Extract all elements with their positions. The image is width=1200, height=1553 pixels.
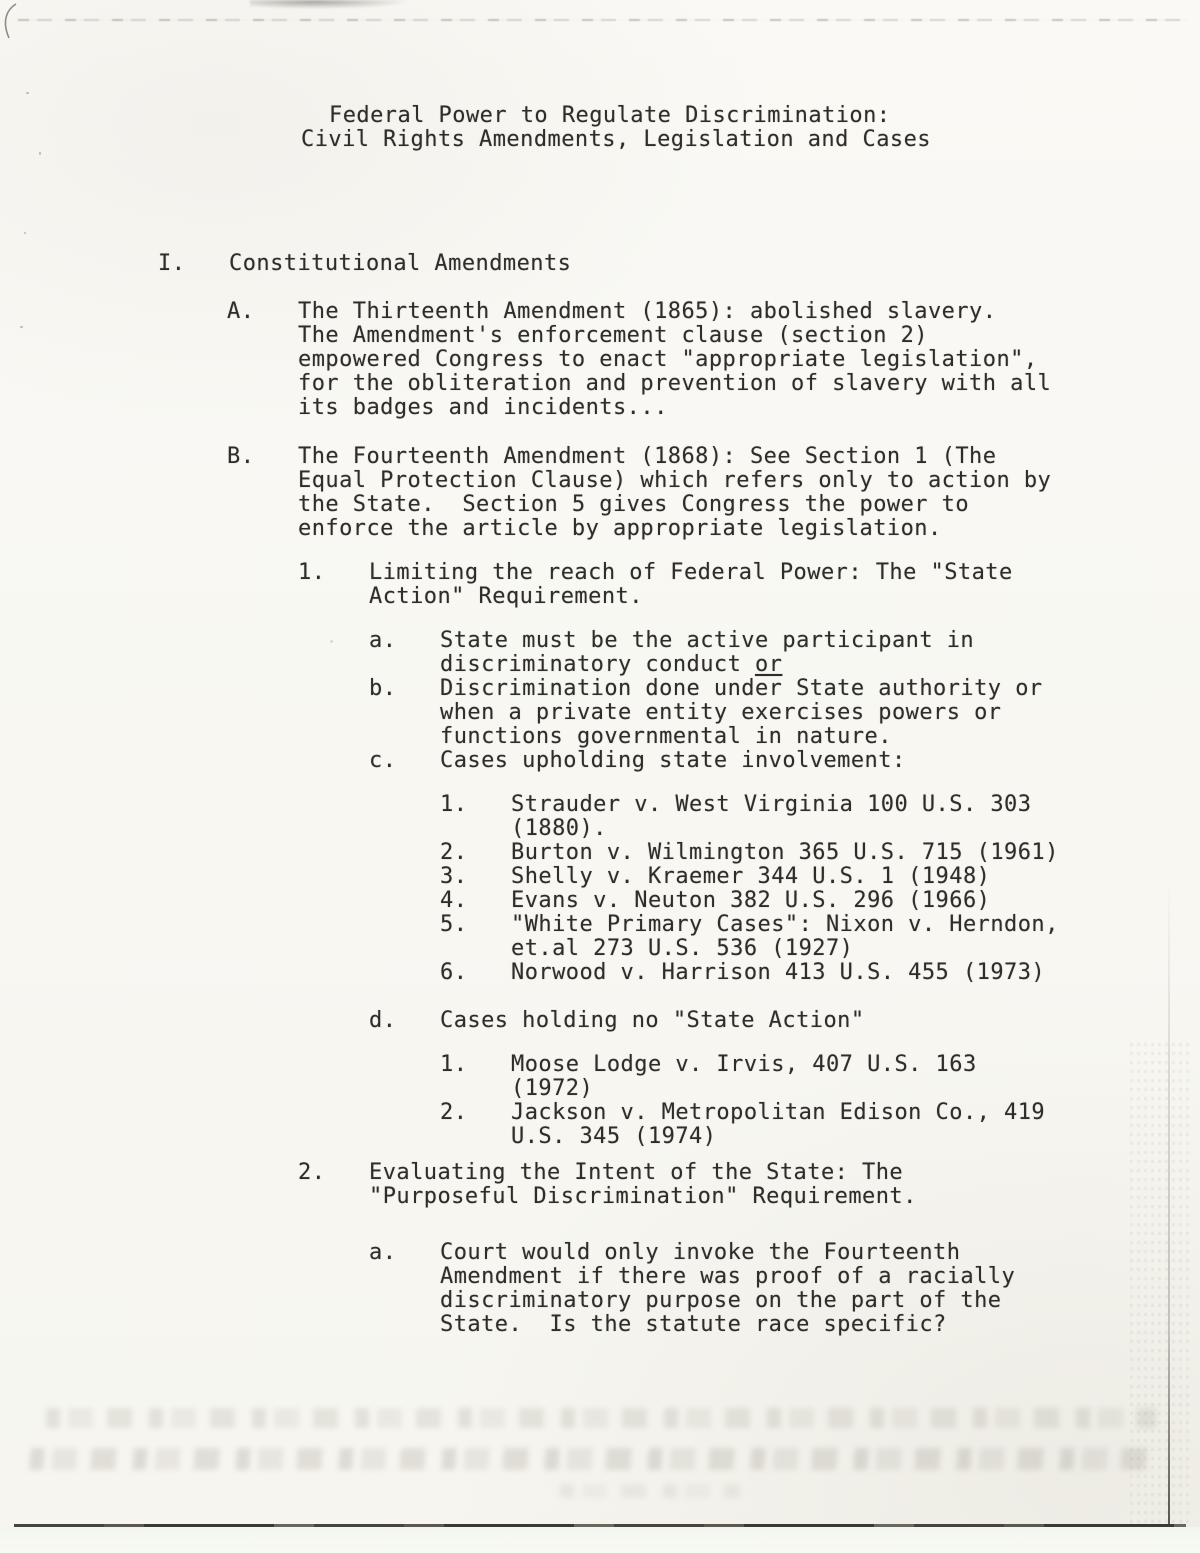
- outline-marker: a.: [369, 629, 440, 653]
- case-marker: 6.: [440, 961, 511, 985]
- case-citation: Burton v. Wilmington 365 U.S. 715 (1961): [511, 841, 1059, 865]
- ink-bleedthrough: [560, 1484, 740, 1498]
- outline-item-B2: 2. Evaluating the Intent of the State: T…: [0, 1161, 1200, 1209]
- outline-marker: b.: [369, 677, 440, 701]
- case-list-item: 2. Burton v. Wilmington 365 U.S. 715 (19…: [0, 841, 1200, 865]
- outline-text: State must be the active participant in …: [440, 629, 974, 677]
- outline-item-B: B. The Fourteenth Amendment (1868): See …: [0, 445, 1200, 541]
- case-citation: Evans v. Neuton 382 U.S. 296 (1966): [511, 889, 990, 913]
- case-citation: Jackson v. Metropolitan Edison Co., 419 …: [511, 1101, 1045, 1149]
- outline-text: Discrimination done under State authorit…: [440, 677, 1043, 749]
- case-list-item: 1. Moose Lodge v. Irvis, 407 U.S. 163 (1…: [0, 1053, 1200, 1101]
- outline-item-B1d: d. Cases holding no "State Action": [0, 1009, 1200, 1033]
- outline-marker: c.: [369, 749, 440, 773]
- outline-text: Constitutional Amendments: [229, 252, 571, 276]
- outline-text: The Thirteenth Amendment (1865): abolish…: [298, 300, 1051, 420]
- outline-text: The Fourteenth Amendment (1868): See Sec…: [298, 445, 1051, 541]
- scan-top-edge-line: [18, 19, 1188, 21]
- document-content: Federal Power to Regulate Discrimination…: [0, 104, 1200, 1337]
- outline-text-segment: State must be the active participant in …: [440, 628, 974, 677]
- ink-bleedthrough: [29, 1448, 1151, 1470]
- case-list-no-state-action: 1. Moose Lodge v. Irvis, 407 U.S. 163 (1…: [0, 1053, 1200, 1149]
- case-list-item: 5. "White Primary Cases": Nixon v. Hernd…: [0, 913, 1200, 961]
- outline-text: Cases upholding state involvement:: [440, 749, 906, 773]
- pen-corner-mark: [0, 2, 24, 48]
- outline-section-I: I. Constitutional Amendments: [0, 252, 1200, 276]
- outline-marker: A.: [227, 300, 298, 324]
- title-line-1: Federal Power to Regulate Discrimination…: [329, 104, 1200, 128]
- outline-marker: B.: [227, 445, 298, 469]
- case-list-item: 6. Norwood v. Harrison 413 U.S. 455 (197…: [0, 961, 1200, 985]
- scan-speck: [26, 92, 29, 94]
- case-citation: Norwood v. Harrison 413 U.S. 455 (1973): [511, 961, 1045, 985]
- outline-text: Evaluating the Intent of the State: The …: [369, 1161, 917, 1209]
- outline-marker: d.: [369, 1009, 440, 1033]
- ink-bleedthrough: [46, 1408, 1156, 1428]
- case-marker: 1.: [440, 1053, 511, 1077]
- outline-text: Cases holding no "State Action": [440, 1009, 865, 1033]
- outline-item-B1c: c. Cases upholding state involvement:: [0, 749, 1200, 773]
- scan-bottom-strip: [0, 1527, 1200, 1553]
- case-list-state-involvement: 1. Strauder v. West Virginia 100 U.S. 30…: [0, 793, 1200, 985]
- case-list-item: 3. Shelly v. Kraemer 344 U.S. 1 (1948): [0, 865, 1200, 889]
- outline-marker: 2.: [298, 1161, 369, 1185]
- outline-item-B1b: b. Discrimination done under State autho…: [0, 677, 1200, 749]
- case-citation: Strauder v. West Virginia 100 U.S. 303 (…: [511, 793, 1031, 841]
- outline-marker: a.: [369, 1241, 440, 1265]
- outline-item-B2a: a. Court would only invoke the Fourteent…: [0, 1241, 1200, 1337]
- title-line-2: Civil Rights Amendments, Legislation and…: [301, 128, 1200, 152]
- outline-text: Limiting the reach of Federal Power: The…: [369, 561, 1013, 609]
- document-title: Federal Power to Regulate Discrimination…: [301, 104, 1200, 152]
- outline-item-A: A. The Thirteenth Amendment (1865): abol…: [0, 300, 1200, 420]
- case-citation: Shelly v. Kraemer 344 U.S. 1 (1948): [511, 865, 990, 889]
- case-list-item: 4. Evans v. Neuton 382 U.S. 296 (1966): [0, 889, 1200, 913]
- outline-marker: 1.: [298, 561, 369, 585]
- case-citation: Moose Lodge v. Irvis, 407 U.S. 163 (1972…: [511, 1053, 977, 1101]
- case-citation: "White Primary Cases": Nixon v. Herndon,…: [511, 913, 1059, 961]
- case-marker: 2.: [440, 1101, 511, 1125]
- case-marker: 5.: [440, 913, 511, 937]
- outline-text: Court would only invoke the Fourteenth A…: [440, 1241, 1015, 1337]
- case-marker: 1.: [440, 793, 511, 817]
- scan-top-smudge: [250, 0, 410, 9]
- outline-marker: I.: [158, 252, 229, 276]
- underlined-word: or: [755, 652, 782, 677]
- case-marker: 4.: [440, 889, 511, 913]
- scanned-document-page: { "page": { "paper_color": "#f8f7f2", "i…: [0, 0, 1200, 1553]
- outline-item-B1a: a. State must be the active participant …: [0, 629, 1200, 677]
- case-marker: 2.: [440, 841, 511, 865]
- outline-item-B1: 1. Limiting the reach of Federal Power: …: [0, 561, 1200, 609]
- case-list-item: 1. Strauder v. West Virginia 100 U.S. 30…: [0, 793, 1200, 841]
- case-marker: 3.: [440, 865, 511, 889]
- case-list-item: 2. Jackson v. Metropolitan Edison Co., 4…: [0, 1101, 1200, 1149]
- scan-bottom-edge-line: [14, 1524, 1186, 1527]
